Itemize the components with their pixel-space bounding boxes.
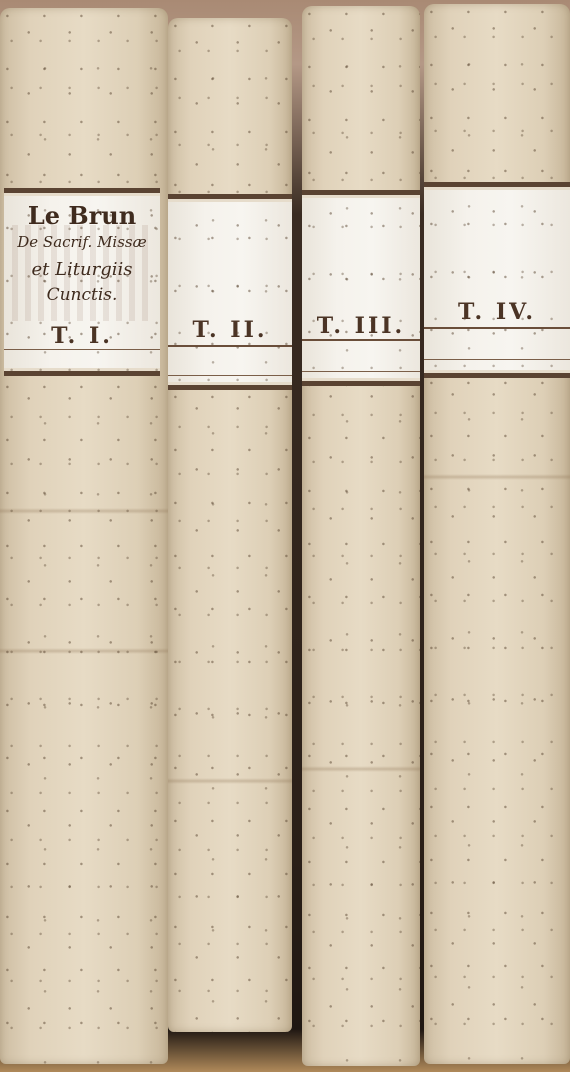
label-rule: [168, 375, 292, 376]
volume-number: T. III.: [302, 313, 420, 339]
label-rule: [168, 345, 292, 347]
spine-crease: [0, 648, 168, 654]
label-rule: [424, 359, 570, 360]
label-title-line-2: et Liturgiis: [8, 259, 156, 280]
label-title-line-1: De Sacrif. Missæ: [8, 233, 156, 251]
book-spine-volume-3: T. III.: [302, 6, 420, 1066]
spine-crease: [168, 778, 292, 784]
label-rule: [302, 339, 420, 341]
book-spine-volume-1: Le Brun De Sacrif. Missæ et Liturgiis Cu…: [0, 8, 168, 1064]
spine-label-volume-2: T. II.: [168, 194, 292, 390]
spine-label-volume-4: T. IV.: [424, 182, 570, 378]
label-title-line-3: Cunctis.: [8, 285, 156, 305]
volume-number: T. II.: [168, 317, 292, 343]
spine-crease: [424, 474, 570, 480]
volume-number: T. I.: [4, 323, 160, 349]
label-rule: [302, 371, 420, 372]
label-rule: [4, 349, 160, 350]
spine-crease: [302, 766, 420, 772]
label-author: Le Brun: [8, 201, 156, 230]
book-spine-volume-2: T. II.: [168, 18, 292, 1032]
spine-label-volume-3: T. III.: [302, 190, 420, 386]
label-rule: [424, 327, 570, 329]
volume-number: T. IV.: [424, 299, 570, 325]
book-spine-volume-4: T. IV.: [424, 4, 570, 1064]
spine-label-volume-1: Le Brun De Sacrif. Missæ et Liturgiis Cu…: [4, 188, 160, 376]
spine-crease: [0, 508, 168, 514]
